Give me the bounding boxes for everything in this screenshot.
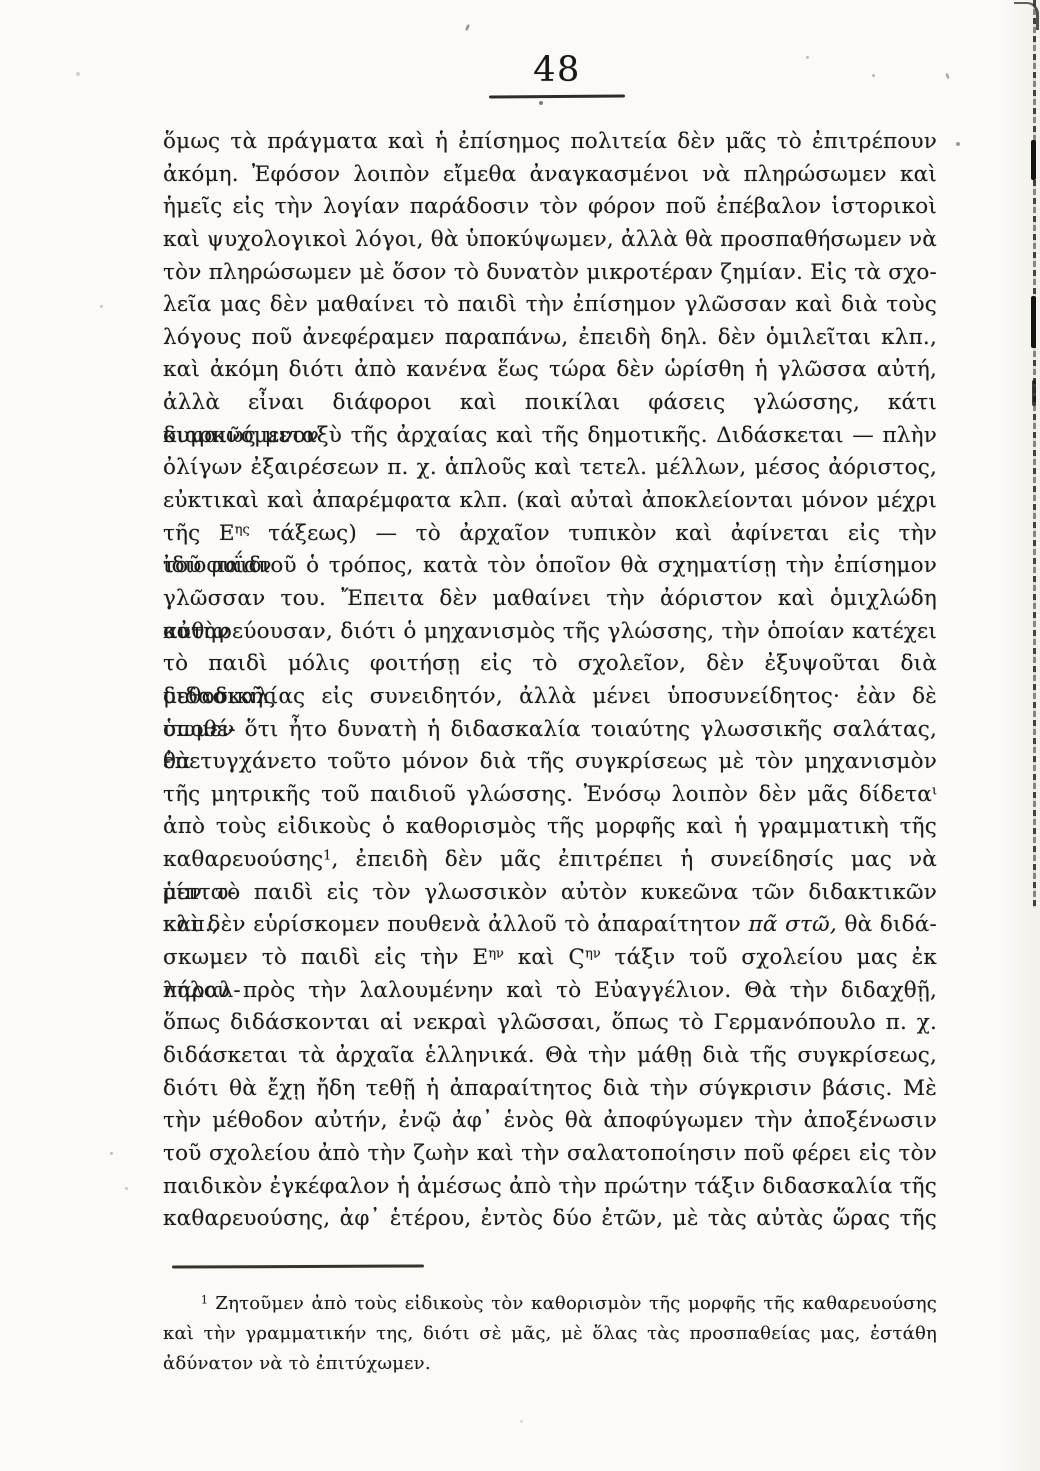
text-line: τῆς μητρικῆς τοῦ παιδιοῦ γλώσσης. Ἐνόσῳ … bbox=[163, 779, 937, 812]
text-segment: διαρκῶς μεταξὺ τῆς ἀρχαίας καὶ τῆς δημοτ… bbox=[163, 423, 937, 448]
text-line: τὸν πληρώσωμεν μὲ ὅσον τὸ δυνατὸν μικροτ… bbox=[163, 257, 937, 290]
text-segment: καὶ ἀκόμη διότι ἀπὸ κανένα ἕως τώρα δὲν … bbox=[163, 357, 937, 382]
scan-speck bbox=[100, 305, 103, 308]
text-line: ὀλίγων ἐξαιρέσεων π. χ. ἁπλοῦς καὶ τετελ… bbox=[163, 452, 937, 485]
superscript: ης bbox=[235, 522, 250, 537]
text-line: ἀκόμη. Ἐφόσον λοιπὸν εἴμεθα ἀναγκασμένοι… bbox=[163, 159, 937, 192]
text-segment: καθαρευούσης bbox=[163, 847, 323, 872]
scan-artifact-blob bbox=[1032, 380, 1036, 406]
footnote-text: 1 Ζητοῦμεν ἀπὸ τοὺς εἰδικοὺς τὸν καθορισ… bbox=[163, 1289, 937, 1379]
text-line: καὶ ἀκόμη διότι ἀπὸ κανένα ἕως τώρα δὲν … bbox=[163, 354, 937, 387]
text-line: καὶ τὴν γραμματικήν της, διότι σὲ μᾶς, μ… bbox=[163, 1319, 937, 1349]
text-line: ἀπὸ τοὺς εἰδικοὺς ὁ καθορισμὸς τῆς μορφῆ… bbox=[163, 811, 937, 844]
text-segment: λήλου πρὸς τὴν λαλουμένην καὶ τὸ Εὐαγγέλ… bbox=[163, 978, 937, 1003]
text-line: ὅπως διδάσκονται αἱ νεκραὶ γλῶσσαι, ὅπως… bbox=[163, 1007, 937, 1040]
text-segment: ἀπὸ τοὺς εἰδικοὺς ὁ καθορισμὸς τῆς μορφῆ… bbox=[163, 814, 937, 839]
text-line: διδασκαλίας εἰς συνειδητόν, ἀλλὰ μένει ὑ… bbox=[163, 681, 937, 714]
text-line: ἡμεῖς εἰς τὴν λογίαν παράδοσιν τὸν φόρον… bbox=[163, 191, 937, 224]
text-segment: τῆς μητρικῆς τοῦ παιδιοῦ γλώσσης. Ἐνόσῳ … bbox=[163, 782, 932, 807]
text-segment: σκωμεν τὸ παιδὶ εἰς τὴν Ε bbox=[163, 945, 488, 970]
text-segment: τοῦ σχολείου ἀπὸ τὴν ζωὴν καὶ τὴν σαλατο… bbox=[163, 1141, 937, 1166]
text-line: τὸ παιδὶ μόλις φοιτήσῃ εἰς τὸ σχολεῖον, … bbox=[163, 648, 937, 681]
text-line: εὐκτικαὶ καὶ ἀπαρέμφατα κλπ. (καὶ αὐταὶ … bbox=[163, 485, 937, 518]
scan-speck bbox=[836, 590, 839, 593]
page-number: 48 bbox=[457, 50, 657, 90]
text-segment: ὀλίγων ἐξαιρέσεων π. χ. ἁπλοῦς καὶ τετελ… bbox=[163, 455, 937, 480]
text-line: τὴν μέθοδον αὐτήν, ἐνῷ ἀφ᾽ ἑνὸς θὰ ἀποφύ… bbox=[163, 1105, 937, 1138]
text-line: λεῖα μας δὲν μαθαίνει τὸ παιδὶ τὴν ἐπίση… bbox=[163, 289, 937, 322]
scan-artifact-blob bbox=[1031, 296, 1036, 348]
text-segment: ἡμεῖς εἰς τὴν λογίαν παράδοσιν τὸν φόρον… bbox=[163, 194, 937, 219]
text-line: τῆς Εης τάξεως) — τὸ ἀρχαῖον τυπικὸν καὶ… bbox=[163, 518, 937, 551]
text-segment: ἀδύνατον νὰ τὸ ἐπιτύχωμεν. bbox=[163, 1353, 431, 1374]
scan-artifact-vertical-line bbox=[1033, 0, 1036, 908]
text-line: ὅμως τὰ πράγματα καὶ ἡ ἐπίσημος πολιτεία… bbox=[163, 126, 937, 159]
text-line: λόγους ποῦ ἀνεφέραμεν παραπάνω, ἐπειδὴ δ… bbox=[163, 322, 937, 355]
text-line: σωμεν ὅτι ἦτο δυνατὴ ἡ διδασκαλία τοιαύτ… bbox=[163, 714, 937, 747]
text-segment: καὶ Ϛ bbox=[504, 945, 585, 970]
text-segment: τὴν μέθοδον αὐτήν, ἐνῷ ἀφ᾽ ἑνὸς θὰ ἀποφύ… bbox=[163, 1108, 937, 1133]
text-segment: τῆς Ε bbox=[163, 521, 235, 546]
text-segment: ἀκόμη. Ἐφόσον λοιπὸν εἴμεθα ἀναγκασμένοι… bbox=[163, 162, 937, 187]
scan-speck bbox=[956, 142, 960, 146]
text-line: παιδικὸν ἐγκέφαλον ἡ ἀμέσως ἀπὸ τὴν πρώτ… bbox=[163, 1171, 937, 1204]
text-segment: λεῖα μας δὲν μαθαίνει τὸ παιδὶ τὴν ἐπίση… bbox=[163, 292, 937, 317]
text-segment: διδάσκεται τὰ ἀρχαῖα ἑλληνικά. Θὰ τὴν μά… bbox=[163, 1043, 937, 1068]
text-line: ἀλλὰ εἶναι διάφοροι καὶ ποικίλαι φάσεις … bbox=[163, 387, 937, 420]
text-segment: ὅμως τὰ πράγματα καὶ ἡ ἐπίσημος πολιτεία… bbox=[163, 129, 937, 154]
footnote-rule bbox=[172, 1264, 424, 1268]
text-line: καὶ ψυχολογικοὶ λόγοι, θὰ ὑποκύψωμεν, ἀλ… bbox=[163, 224, 937, 257]
scan-speck bbox=[110, 1152, 113, 1155]
scan-speck bbox=[539, 101, 543, 105]
scanned-book-page: 48 ὅμως τὰ πράγματα καὶ ἡ ἐπίσημος πολιτ… bbox=[0, 0, 1040, 1471]
text-segment: παιδικὸν ἐγκέφαλον ἡ ἀμέσως ἀπὸ τὴν πρώτ… bbox=[163, 1174, 937, 1199]
text-segment: ἐπετυγχάνετο τοῦτο μόνον διὰ τῆς συγκρίσ… bbox=[163, 749, 937, 774]
superscript: ι bbox=[932, 783, 937, 798]
text-segment: τὸν πληρώσωμεν μὲ ὅσον τὸ δυνατὸν μικροτ… bbox=[163, 260, 937, 285]
text-segment: καθαρευούσης, ἀφ᾽ ἑτέρου, ἐντὸς δύο ἐτῶν… bbox=[163, 1206, 937, 1231]
text-line: ἐπετυγχάνετο τοῦτο μόνον διὰ τῆς συγκρίσ… bbox=[163, 746, 937, 779]
superscript: ην bbox=[585, 947, 601, 962]
text-segment: καὶ δὲν εὑρίσκομεν πουθενὰ ἀλλοῦ τὸ ἀπαρ… bbox=[163, 912, 749, 937]
text-line: καθαρεύουσαν, διότι ὁ μηχανισμὸς τῆς γλώ… bbox=[163, 616, 937, 649]
superscript: ην bbox=[488, 947, 504, 962]
text-line: γλῶσσαν του. Ἔπειτα δὲν μαθαίνει τὴν ἀόρ… bbox=[163, 583, 937, 616]
text-segment: καὶ τὴν γραμματικήν της, διότι σὲ μᾶς, μ… bbox=[163, 1323, 937, 1344]
text-segment: διότι θὰ ἔχῃ ἤδη τεθῇ ἡ ἀπαραίτητος διὰ … bbox=[163, 1076, 937, 1101]
text-line: καὶ δὲν εὑρίσκομεν πουθενὰ ἀλλοῦ τὸ ἀπαρ… bbox=[163, 909, 937, 942]
text-line: τοῦ σχολείου ἀπὸ τὴν ζωὴν καὶ τὴν σαλατο… bbox=[163, 1138, 937, 1171]
text-line: μεν τὸ παιδὶ εἰς τὸν γλωσσικὸν αὐτὸν κυκ… bbox=[163, 877, 937, 910]
text-line: καθαρευούσης, ἀφ᾽ ἑτέρου, ἐντὸς δύο ἐτῶν… bbox=[163, 1203, 937, 1236]
scan-artifact-blob bbox=[1031, 140, 1036, 180]
text-line: σκωμεν τὸ παιδὶ εἰς τὴν Εην καὶ Ϛην τάξι… bbox=[163, 942, 937, 975]
text-segment: λόγους ποῦ ἀνεφέραμεν παραπάνω, ἐπειδὴ δ… bbox=[163, 325, 937, 350]
page-number-rule bbox=[489, 95, 625, 99]
text-segment: Ζητοῦμεν ἀπὸ τοὺς εἰδικοὺς τὸν καθορισμὸ… bbox=[208, 1293, 937, 1314]
text-line: διαρκῶς μεταξὺ τῆς ἀρχαίας καὶ τῆς δημοτ… bbox=[163, 420, 937, 453]
text-segment: καὶ ψυχολογικοὶ λόγοι, θὰ ὑποκύψωμεν, ἀλ… bbox=[163, 227, 937, 252]
text-line: καθαρευούσης1, ἐπειδὴ δὲν μᾶς ἐπιτρέπει … bbox=[163, 844, 937, 877]
text-segment: καθαρεύουσαν, διότι ὁ μηχανισμὸς τῆς γλώ… bbox=[163, 619, 937, 644]
text-segment: ὅπως διδάσκονται αἱ νεκραὶ γλῶσσαι, ὅπως… bbox=[163, 1010, 937, 1035]
scan-speck bbox=[806, 56, 809, 59]
text-line: ἀδύνατον νὰ τὸ ἐπιτύχωμεν. bbox=[163, 1349, 937, 1379]
text-segment: θὰ διδά- bbox=[837, 912, 937, 937]
text-line: 1 Ζητοῦμεν ἀπὸ τοὺς εἰδικοὺς τὸν καθορισ… bbox=[163, 1289, 937, 1319]
scan-speck bbox=[125, 1187, 128, 1190]
scan-artifact-corner-mark bbox=[1014, 2, 1039, 30]
text-line: διδάσκεται τὰ ἀρχαῖα ἑλληνικά. Θὰ τὴν μά… bbox=[163, 1040, 937, 1073]
scan-speck bbox=[872, 74, 875, 77]
scan-speck bbox=[945, 73, 950, 80]
scan-speck bbox=[520, 1420, 523, 1423]
scan-speck bbox=[465, 24, 471, 32]
superscript: 1 bbox=[201, 1294, 208, 1307]
text-line: διότι θὰ ἔχῃ ἤδη τεθῇ ἡ ἀπαραίτητος διὰ … bbox=[163, 1073, 937, 1106]
text-segment: τοῦ παιδιοῦ ὁ τρόπος, κατὰ τὸν ὁποῖον θὰ… bbox=[163, 553, 937, 578]
text-line: λήλου πρὸς τὴν λαλουμένην καὶ τὸ Εὐαγγέλ… bbox=[163, 975, 937, 1008]
text-segment: πᾶ στῶ, bbox=[749, 912, 837, 937]
scan-speck bbox=[76, 72, 80, 76]
text-segment: εὐκτικαὶ καὶ ἀπαρέμφατα κλπ. (καὶ αὐταὶ … bbox=[163, 488, 937, 513]
text-line: τοῦ παιδιοῦ ὁ τρόπος, κατὰ τὸν ὁποῖον θὰ… bbox=[163, 550, 937, 583]
scan-speck bbox=[700, 1300, 703, 1303]
body-text: ὅμως τὰ πράγματα καὶ ἡ ἐπίσημος πολιτεία… bbox=[163, 126, 937, 1236]
